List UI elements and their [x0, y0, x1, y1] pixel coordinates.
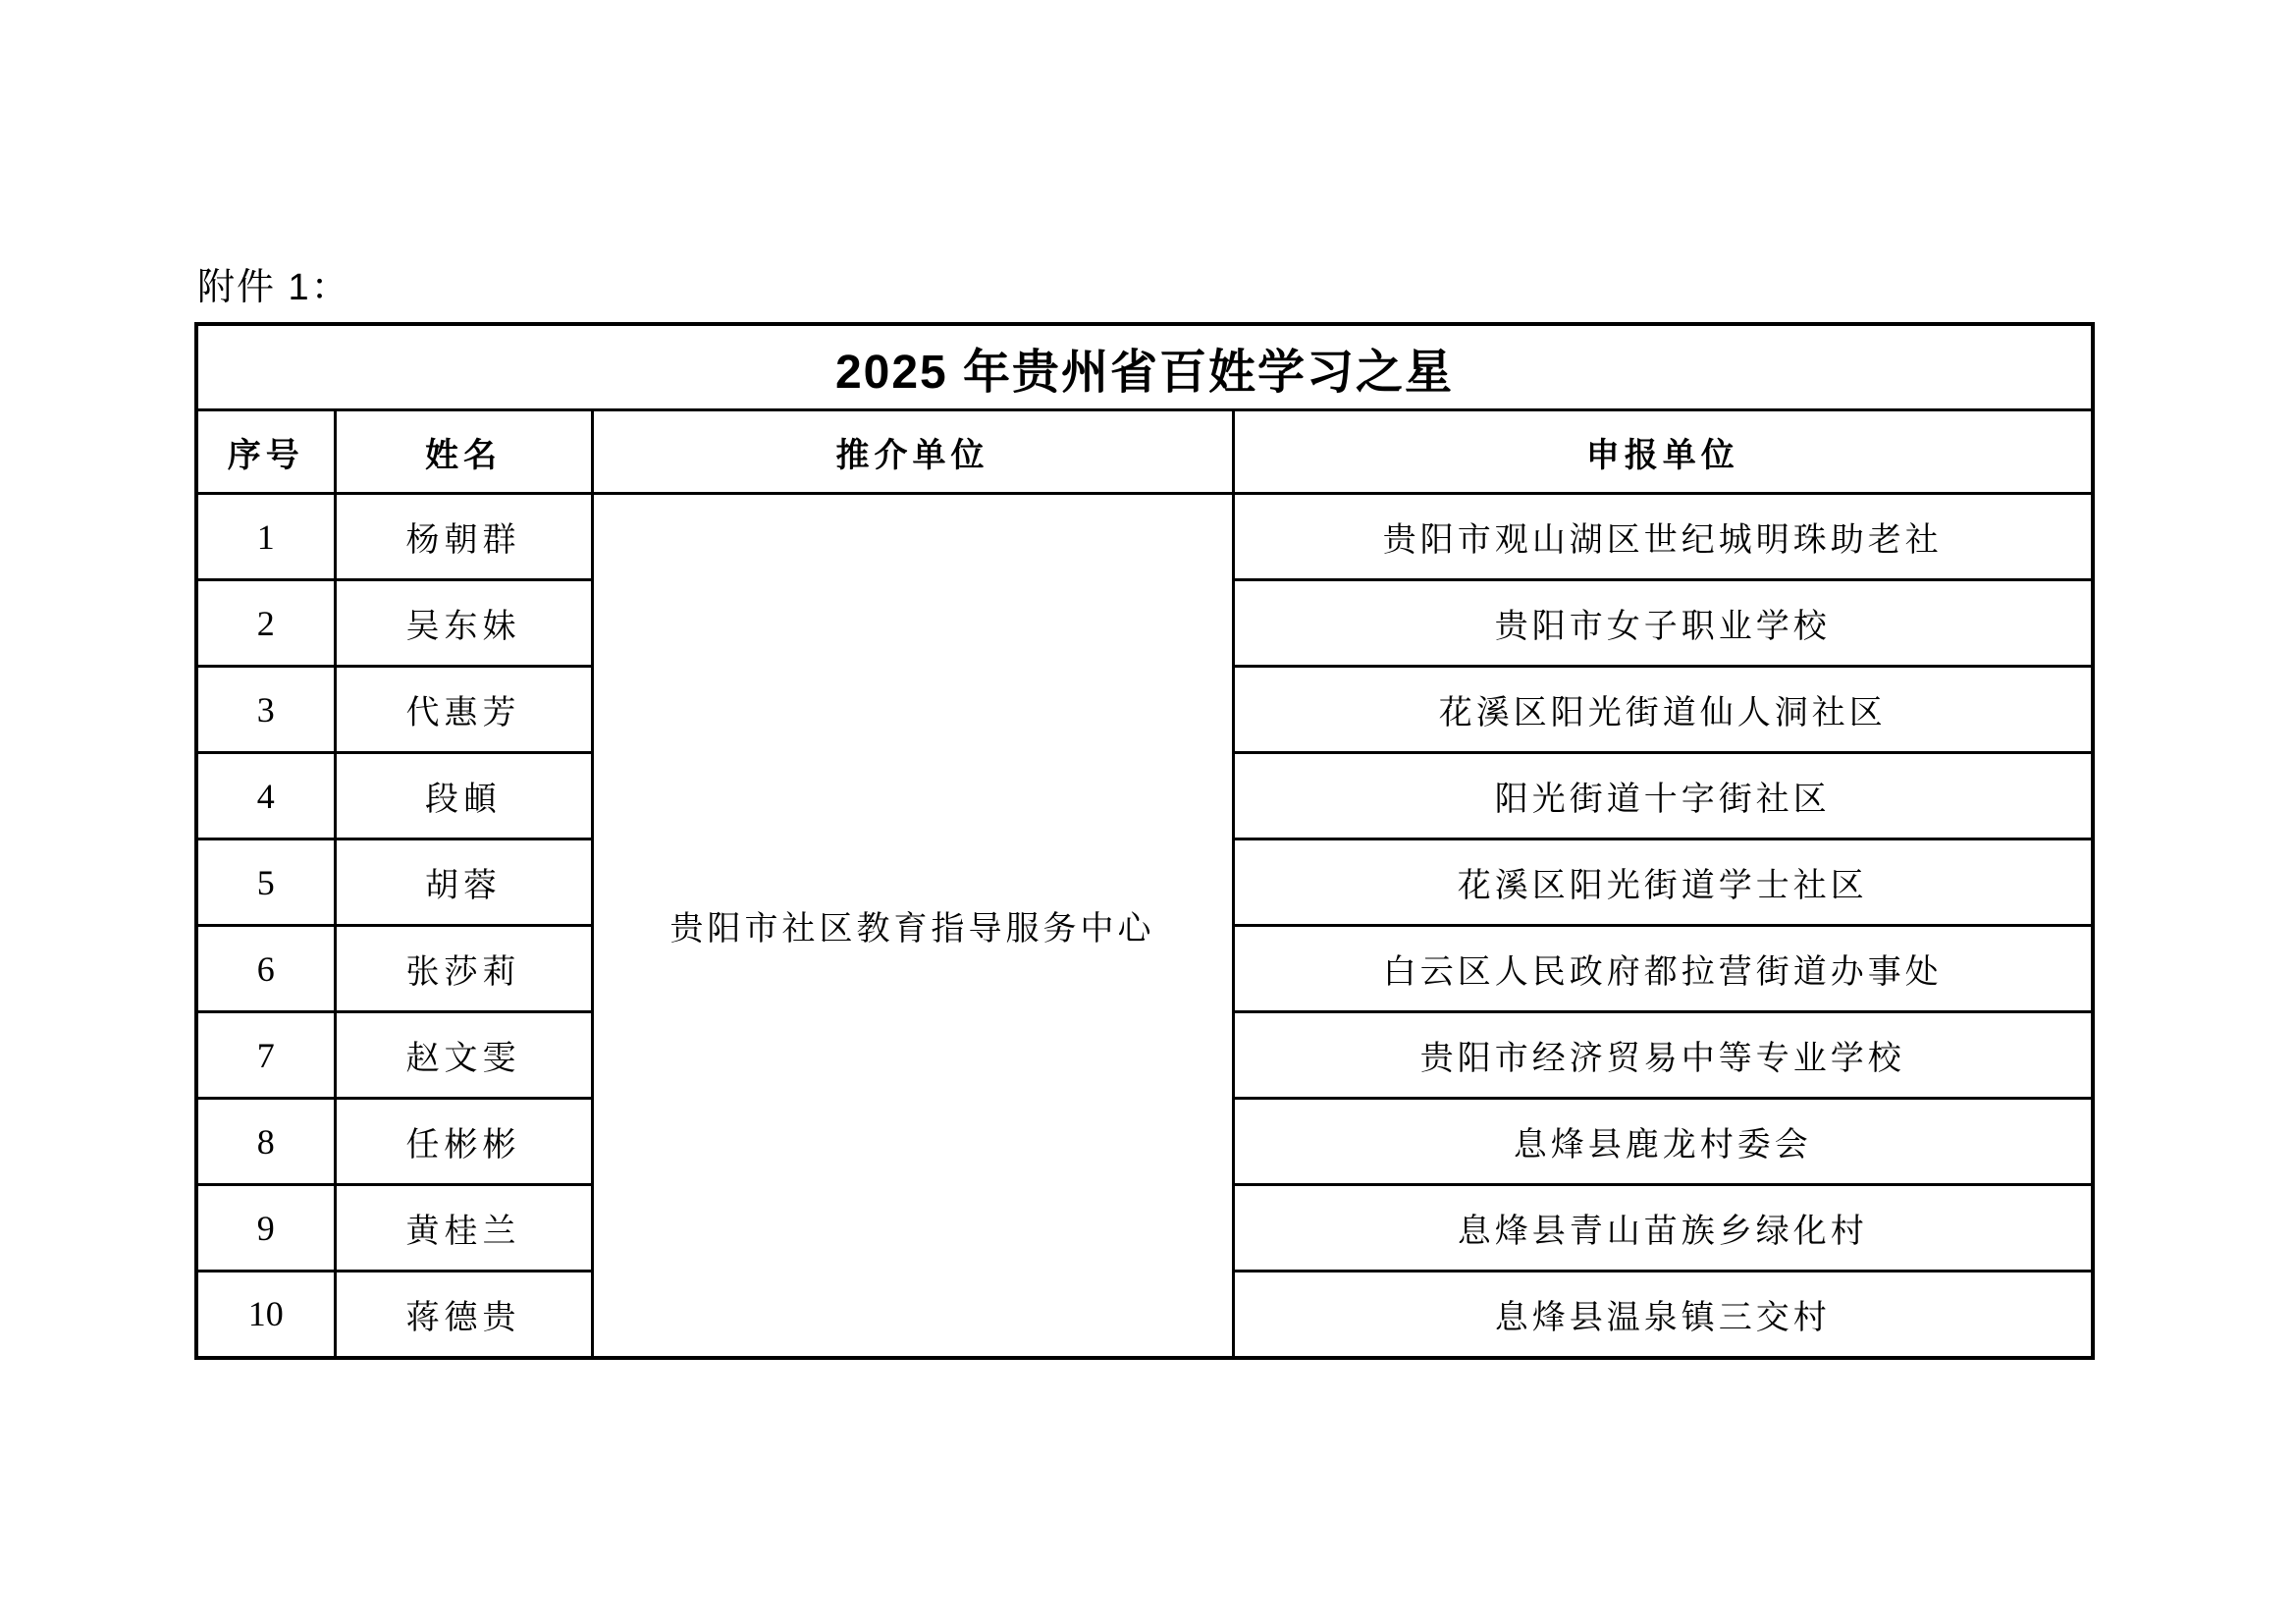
table-title-row: 2025 年贵州省百姓学习之星 — [196, 324, 2093, 410]
serial-number-cell: 5 — [196, 839, 335, 926]
name-cell: 段頔 — [335, 753, 592, 839]
name-cell: 张莎莉 — [335, 926, 592, 1012]
table-head-section: 2025 年贵州省百姓学习之星 序号 姓名 推介单位 申报单位 — [196, 324, 2093, 494]
declaring-unit-cell: 贵阳市观山湖区世纪城明珠助老社 — [1233, 494, 2093, 580]
serial-number-cell: 4 — [196, 753, 335, 839]
table-title: 2025 年贵州省百姓学习之星 — [196, 324, 2093, 410]
declaring-unit-cell: 息烽县青山苗族乡绿化村 — [1233, 1185, 2093, 1272]
header-declaring-unit: 申报单位 — [1233, 410, 2093, 494]
declaring-unit-cell: 花溪区阳光街道仙人洞社区 — [1233, 667, 2093, 753]
declaring-unit-cell: 贵阳市女子职业学校 — [1233, 580, 2093, 667]
declaring-unit-cell: 白云区人民政府都拉营街道办事处 — [1233, 926, 2093, 1012]
name-cell: 胡蓉 — [335, 839, 592, 926]
serial-number-cell: 7 — [196, 1012, 335, 1099]
name-cell: 杨朝群 — [335, 494, 592, 580]
name-cell: 蒋德贵 — [335, 1272, 592, 1358]
name-cell: 任彬彬 — [335, 1099, 592, 1185]
header-serial-number: 序号 — [196, 410, 335, 494]
declaring-unit-cell: 息烽县温泉镇三交村 — [1233, 1272, 2093, 1358]
declaring-unit-cell: 阳光街道十字街社区 — [1233, 753, 2093, 839]
serial-number-cell: 8 — [196, 1099, 335, 1185]
name-cell: 赵文雯 — [335, 1012, 592, 1099]
table-body: 1杨朝群贵阳市社区教育指导服务中心贵阳市观山湖区世纪城明珠助老社2吴东妹贵阳市女… — [196, 494, 2093, 1358]
serial-number-cell: 2 — [196, 580, 335, 667]
header-name: 姓名 — [335, 410, 592, 494]
declaring-unit-cell: 息烽县鹿龙村委会 — [1233, 1099, 2093, 1185]
declaring-unit-cell: 贵阳市经济贸易中等专业学校 — [1233, 1012, 2093, 1099]
name-cell: 黄桂兰 — [335, 1185, 592, 1272]
table-row: 1杨朝群贵阳市社区教育指导服务中心贵阳市观山湖区世纪城明珠助老社 — [196, 494, 2093, 580]
serial-number-cell: 3 — [196, 667, 335, 753]
declaring-unit-cell: 花溪区阳光街道学士社区 — [1233, 839, 2093, 926]
header-recommending-unit: 推介单位 — [592, 410, 1233, 494]
serial-number-cell: 9 — [196, 1185, 335, 1272]
name-cell: 代惠芳 — [335, 667, 592, 753]
document-page: 附件 1： 2025 年贵州省百姓学习之星 序号 姓名 推介单位 申报单位 1杨… — [0, 0, 2296, 1624]
name-cell: 吴东妹 — [335, 580, 592, 667]
serial-number-cell: 1 — [196, 494, 335, 580]
table-header-row: 序号 姓名 推介单位 申报单位 — [196, 410, 2093, 494]
serial-number-cell: 10 — [196, 1272, 335, 1358]
serial-number-cell: 6 — [196, 926, 335, 1012]
learning-stars-table: 2025 年贵州省百姓学习之星 序号 姓名 推介单位 申报单位 1杨朝群贵阳市社… — [194, 322, 2095, 1360]
recommending-unit-merged-cell: 贵阳市社区教育指导服务中心 — [592, 494, 1233, 1358]
attachment-label: 附件 1： — [197, 269, 350, 308]
